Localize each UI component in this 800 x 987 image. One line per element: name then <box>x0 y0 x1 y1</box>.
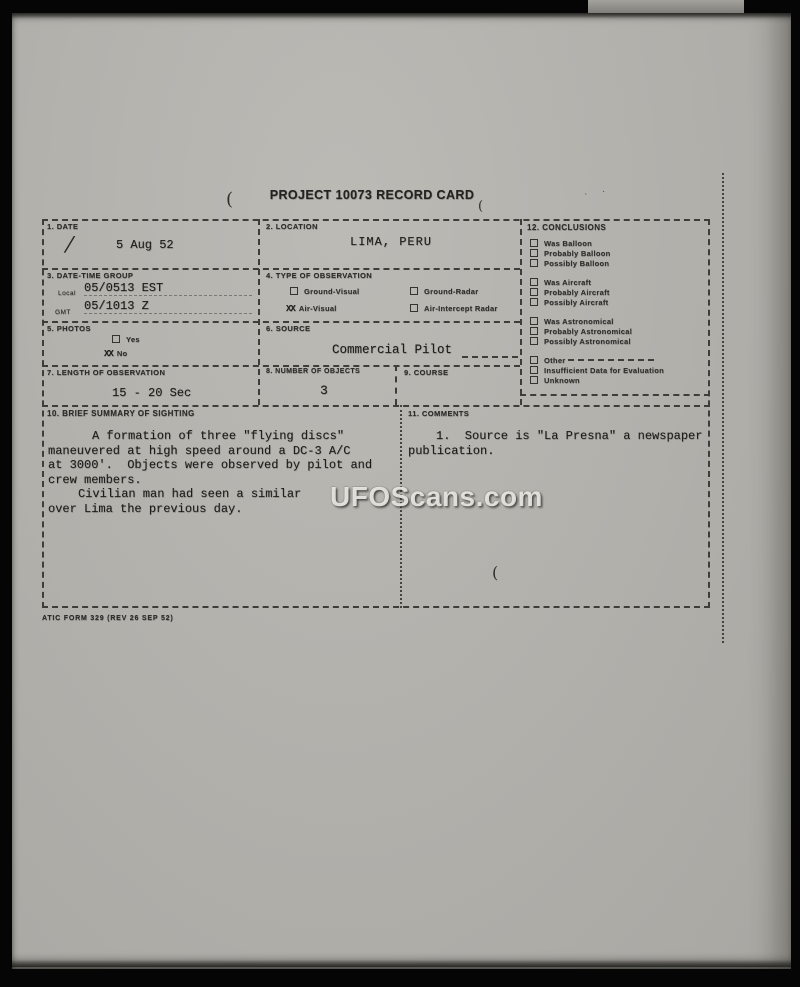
scan-smudge: · · <box>583 185 612 200</box>
handwritten-slash: / <box>65 232 74 256</box>
checkbox-icon <box>530 259 538 267</box>
dtg-local-value: 05/0513 EST <box>84 281 252 296</box>
group-gap <box>530 308 708 317</box>
option-label: No <box>117 349 128 358</box>
checkbox-icon <box>530 288 538 296</box>
conclusion-option: Was Astronomical <box>530 317 708 327</box>
summary-line: maneuvered at high speed around a DC-3 A… <box>48 444 396 459</box>
date-value: 5 Aug 52 <box>116 238 174 252</box>
checkbox-icon <box>530 298 538 306</box>
option-label: Unknown <box>544 376 580 385</box>
option-label: Was Balloon <box>544 239 592 248</box>
option-label: Probably Astronomical <box>544 327 632 336</box>
comments-text: 1. Source is "La Presna" a newspaper pub… <box>408 429 708 458</box>
option-label: Yes <box>126 335 140 344</box>
field-location: 2. LOCATION LIMA, PERU <box>258 219 520 268</box>
card-title: PROJECT 10073 RECORD CARD <box>261 188 483 202</box>
option-label: Air-Visual <box>299 304 337 313</box>
option-label: Probably Aircraft <box>544 288 610 297</box>
field-date: 1. DATE / 5 Aug 52 <box>42 219 258 268</box>
dtg-gmt-value: 05/1013 Z <box>84 299 252 314</box>
photos-label: 5. PHOTOS <box>47 324 91 333</box>
checkbox-icon <box>530 249 538 257</box>
checkbox-icon <box>410 304 418 312</box>
comments-label: 11. COMMENTS <box>408 409 469 418</box>
summary-line: A formation of three "flying discs" <box>48 429 396 444</box>
location-value: LIMA, PERU <box>350 235 432 249</box>
checkbox-icon <box>530 376 538 384</box>
scan-edge-notch <box>588 0 744 14</box>
option-air-visual: XXAir-Visual <box>286 304 337 314</box>
checkbox-icon <box>530 278 538 286</box>
conclusion-option: Probably Aircraft <box>530 288 708 298</box>
conclusion-option: Insufficient Data for Evaluation <box>530 366 708 376</box>
date-label: 1. DATE <box>47 222 78 231</box>
checkbox-icon <box>530 317 538 325</box>
field-source: 6. SOURCE Commercial Pilot <box>258 321 520 365</box>
number-objects-label: 8. NUMBER OF OBJECTS <box>266 368 360 375</box>
option-ground-visual: Ground-Visual <box>290 287 359 296</box>
conclusion-option-other: Other <box>530 356 708 366</box>
checkbox-icon <box>530 327 538 335</box>
dtg-label: 3. DATE-TIME GROUP <box>47 271 133 280</box>
conclusion-option: Possibly Aircraft <box>530 298 708 308</box>
conclusion-option: Was Aircraft <box>530 278 708 288</box>
field-conclusions: 12. CONCLUSIONS Was Balloon Probably Bal… <box>520 219 710 405</box>
type-obs-label: 4. TYPE OF OBSERVATION <box>266 271 372 280</box>
xx-check-mark: XX <box>104 349 113 359</box>
dtg-gmt-label: GMT <box>55 309 71 316</box>
other-fill-line <box>568 359 654 361</box>
record-card-page: PROJECT 10073 RECORD CARD ( ( · · 1. DAT… <box>12 13 791 969</box>
source-value: Commercial Pilot <box>332 343 452 357</box>
dtg-local-label: Local <box>58 290 76 297</box>
option-label: Was Aircraft <box>544 278 591 287</box>
option-ground-radar: Ground-Radar <box>410 287 478 296</box>
field-course: 9. COURSE <box>395 365 520 405</box>
summary-line: at 3000'. Objects were observed by pilot… <box>48 458 396 473</box>
length-obs-label: 7. LENGTH OF OBSERVATION <box>47 368 165 377</box>
form-number: ATIC FORM 329 (REV 26 SEP 52) <box>42 615 173 622</box>
handwritten-paren-left: ( <box>226 189 233 210</box>
comments-line: publication. <box>408 444 708 459</box>
option-label: Ground-Visual <box>304 287 359 296</box>
number-objects-value: 3 <box>320 383 328 398</box>
handwritten-paren-comment: ( <box>492 563 498 582</box>
conclusion-option: Probably Balloon <box>530 249 708 259</box>
conclusion-option: Possibly Astronomical <box>530 337 708 347</box>
outer-dotted-line <box>722 173 724 643</box>
field-photos: 5. PHOTOS Yes XXNo <box>42 321 258 365</box>
option-air-intercept-radar: Air-Intercept Radar <box>410 304 498 313</box>
conclusion-option: Probably Astronomical <box>530 327 708 337</box>
option-photos-yes: Yes <box>112 335 140 344</box>
option-label: Insufficient Data for Evaluation <box>544 366 664 375</box>
comments-line: 1. Source is "La Presna" a newspaper <box>408 429 708 444</box>
checkbox-icon <box>290 287 298 295</box>
checkbox-icon <box>530 366 538 374</box>
conclusion-option: Was Balloon <box>530 239 708 249</box>
option-label: Air-Intercept Radar <box>424 304 498 313</box>
conclusion-option: Unknown <box>530 376 708 386</box>
checkbox-icon <box>112 335 120 343</box>
option-photos-no: XXNo <box>104 349 127 359</box>
option-label: Possibly Aircraft <box>544 298 608 307</box>
group-gap <box>530 269 708 278</box>
conclusions-label: 12. CONCLUSIONS <box>527 223 606 232</box>
checkbox-icon <box>530 239 538 247</box>
scanner-background: PROJECT 10073 RECORD CARD ( ( · · 1. DAT… <box>0 0 800 987</box>
course-label: 9. COURSE <box>404 368 448 377</box>
option-label: Was Astronomical <box>544 317 614 326</box>
xx-check-mark: XX <box>286 304 295 314</box>
source-label: 6. SOURCE <box>266 324 310 333</box>
location-label: 2. LOCATION <box>266 222 318 231</box>
field-length-of-observation: 7. LENGTH OF OBSERVATION 15 - 20 Sec <box>42 365 258 405</box>
checkbox-icon <box>530 337 538 345</box>
blank-dash-line <box>462 342 518 358</box>
handwritten-paren-right: ( <box>478 199 483 214</box>
option-label: Possibly Astronomical <box>544 337 631 346</box>
field-number-of-objects: 8. NUMBER OF OBJECTS 3 <box>258 365 395 405</box>
field-date-time-group: 3. DATE-TIME GROUP Local 05/0513 EST GMT… <box>42 268 258 321</box>
conclusions-list: Was Balloon Probably Balloon Possibly Ba… <box>530 239 708 386</box>
option-label: Other <box>544 356 566 365</box>
option-label: Probably Balloon <box>544 249 610 258</box>
project-record-card: PROJECT 10073 RECORD CARD ( ( · · 1. DAT… <box>12 13 791 969</box>
field-type-of-observation: 4. TYPE OF OBSERVATION Ground-Visual Gro… <box>258 268 520 321</box>
option-label: Possibly Balloon <box>544 259 609 268</box>
checkbox-icon <box>530 356 538 364</box>
group-gap <box>530 347 708 356</box>
checkbox-icon <box>410 287 418 295</box>
conclusion-option: Possibly Balloon <box>530 259 708 269</box>
option-label: Ground-Radar <box>424 287 478 296</box>
length-obs-value: 15 - 20 Sec <box>112 386 191 400</box>
watermark: UFOScans.com <box>330 481 543 513</box>
summary-label: 10. BRIEF SUMMARY OF SIGHTING <box>47 409 195 418</box>
